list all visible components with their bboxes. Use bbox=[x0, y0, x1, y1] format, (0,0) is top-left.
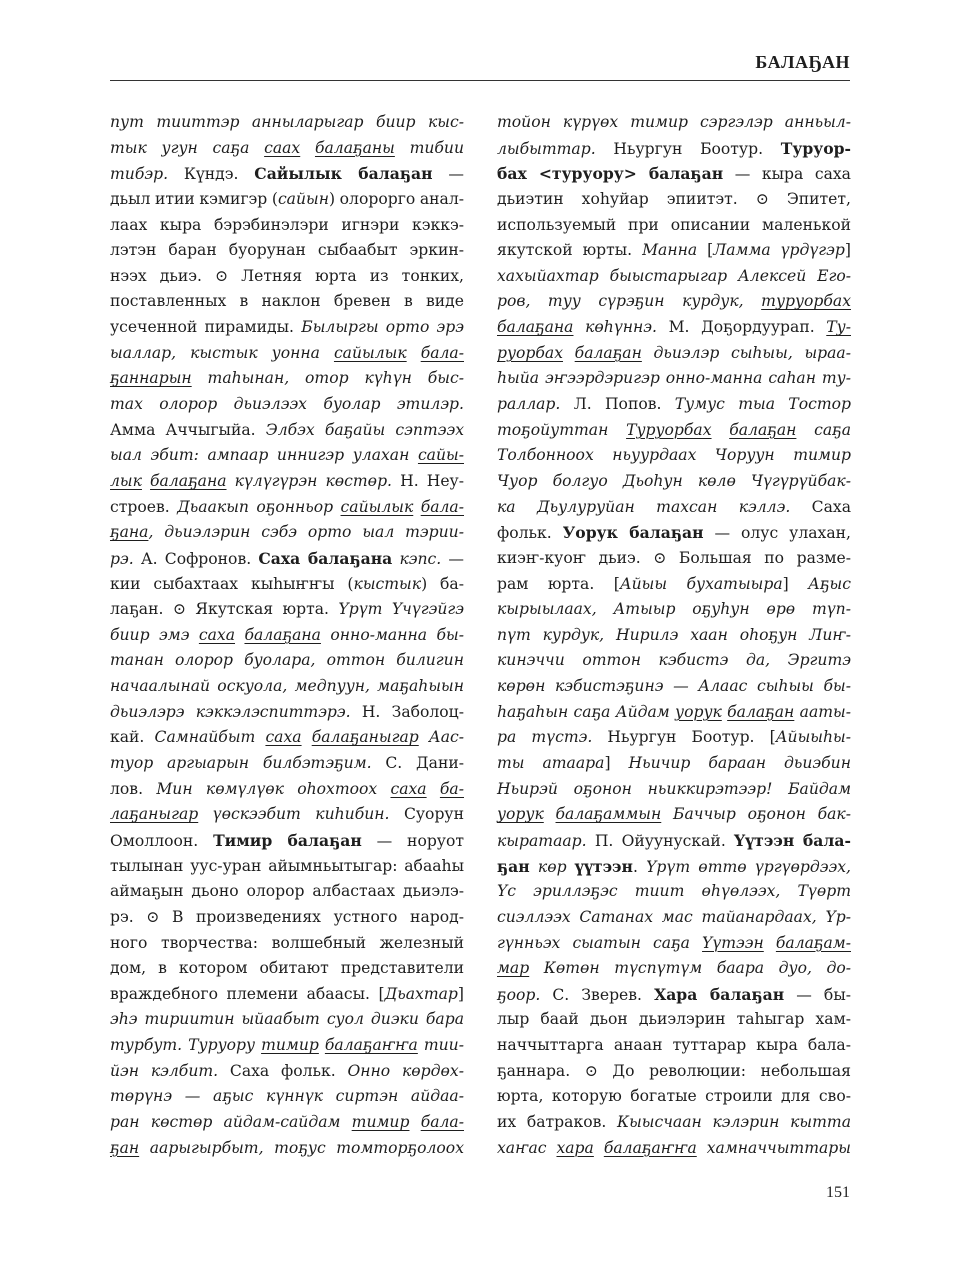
underlined-example-term: балаҕан bbox=[729, 421, 796, 439]
underlined-example-term: ба- bbox=[440, 780, 464, 798]
text-run: тах олорор дьиэлээх буолар этилэр. bbox=[110, 395, 464, 413]
text-line: дьиэлэрэ кэккэлэспиттэрэ. Н. Заболоц- bbox=[110, 700, 464, 726]
headword: бах <туруору> балаҕан bbox=[497, 164, 723, 183]
underlined-example-term: тимир bbox=[352, 1113, 410, 1131]
text-line: һыйа эҥээрдэригэр онно-манна саһан ту- bbox=[497, 366, 851, 392]
text-run: кии сыбахтаах кыһыҥҥы ( bbox=[110, 575, 354, 593]
text-run: усеченной пирамиды. bbox=[110, 318, 301, 336]
text-run: рэ. ⊙ В произведениях устного народ- bbox=[110, 908, 464, 926]
text-run: кэпс. bbox=[392, 550, 441, 568]
text-run: ран көстөр айдам-сайдам bbox=[110, 1113, 352, 1131]
underlined-example-term: хара bbox=[556, 1139, 593, 1157]
text-run: ] bbox=[845, 241, 851, 259]
text-run: Самнайбыт bbox=[155, 728, 266, 746]
text-line: кырыылаах, Атыыр оҕуһун өрө түп- bbox=[497, 597, 851, 623]
text-line: дом, в котором обитают представители bbox=[110, 956, 464, 982]
text-run bbox=[544, 805, 556, 823]
text-run: С. Зверев. bbox=[552, 986, 654, 1004]
text-line: рэ. ⊙ В произведениях устного народ- bbox=[110, 905, 464, 931]
text-run: көрөн кэбистэҕинэ — Алаас сыһыы бы- bbox=[497, 677, 851, 695]
underlined-example-term: балаҕан bbox=[575, 344, 642, 362]
text-run: ров, туу сүрэҕин курдук, bbox=[497, 292, 761, 310]
text-line: тойон күрүөх тимир сэргэлэр анньыл- bbox=[497, 110, 851, 136]
text-run: — норуот bbox=[362, 832, 464, 850]
headword: Хара балаҕан bbox=[654, 985, 784, 1004]
text-line: ра түстэ. Ньургун Боотур. [Айыыһы- bbox=[497, 725, 851, 751]
text-run: враждебного племени абаасы. [ bbox=[110, 985, 385, 1003]
text-run: тибэр. bbox=[110, 165, 184, 183]
text-run: йэн кэлбит. bbox=[110, 1062, 230, 1080]
text-run: лыр баай дьон дьиэлэрин таһыгар хам- bbox=[497, 1010, 851, 1028]
text-run: ] bbox=[604, 754, 628, 772]
text-line: начаалынай оскуола, медпуун, маҕаһыын bbox=[110, 674, 464, 700]
text-run: [ bbox=[697, 241, 713, 259]
text-run: А. Софронов. bbox=[141, 550, 259, 568]
text-run: үөскээбит киһибин. bbox=[198, 805, 404, 823]
text-run bbox=[302, 728, 312, 746]
text-line: рэ. А. Софронов. Саха балаҕана кэпс. — bbox=[110, 546, 464, 572]
text-line: кыратаар. П. Ойуунускай. Үүтээн бала- bbox=[497, 828, 851, 854]
text-run: лов. bbox=[110, 780, 156, 798]
text-run: , дьиэлэрин сэбэ орто ыал тэрии- bbox=[148, 523, 464, 541]
text-line: пүт курдук, Нирилэ хаан оһоҕун Лиҥ- bbox=[497, 623, 851, 649]
text-run: дом, в котором обитают представители bbox=[110, 959, 464, 977]
underlined-example-term: балаҕаҥҥа bbox=[604, 1139, 697, 1157]
text-line: лык балаҕана күлүгүрэн көстөр. Н. Неу- bbox=[110, 469, 464, 495]
text-line: төрүнэ — аҕыс күннүк сиртэн айдаа- bbox=[110, 1084, 464, 1110]
text-line: нээх дьиэ. ⊙ Летняя юрта из тонких, bbox=[110, 264, 464, 290]
text-run: Былыргы орто эрэ bbox=[301, 318, 464, 336]
text-run: аарыгырбыт, тоҕус томторҕолоох bbox=[139, 1139, 464, 1157]
text-line: уорук балаҕаммын Баччыр оҕонон бак- bbox=[497, 802, 851, 828]
text-run: ҕоор. bbox=[497, 986, 552, 1004]
text-run: танан олорор буолара, оттон билигин bbox=[110, 651, 464, 669]
text-run: сиэллээх Сатанах мас тайанардаах, Үр- bbox=[497, 908, 851, 926]
text-run: кай. bbox=[110, 728, 155, 746]
text-run: Айыыһы- bbox=[776, 728, 851, 746]
text-run: — bbox=[441, 550, 464, 568]
underlined-example-term: Ту- bbox=[826, 318, 851, 336]
text-line: Үс эриллэҕэс тиит өһүөлээх, Түөрт bbox=[497, 879, 851, 905]
text-run: Манна bbox=[642, 241, 697, 259]
text-run: Үс эриллэҕэс тиит өһүөлээх, Түөрт bbox=[497, 882, 851, 900]
text-line: лов. Мин көмүлүөк оһохтоох саха ба- bbox=[110, 777, 464, 803]
text-run: Күндэ. bbox=[184, 165, 254, 183]
text-run: Ньургун Боотур. bbox=[613, 140, 780, 158]
text-line: танан олорор буолара, оттон билигин bbox=[110, 648, 464, 674]
text-line: тах олорор дьиэлээх буолар этилэр. bbox=[110, 392, 464, 418]
underlined-example-term: балаҕаҥҥа bbox=[325, 1036, 418, 1054]
text-run: раллар. bbox=[497, 395, 574, 413]
header-rule bbox=[110, 80, 850, 81]
text-line: лаҕан. ⊙ Якутская юрта. Үрүт Үчүгэйгэ bbox=[110, 597, 464, 623]
text-run bbox=[764, 934, 776, 952]
text-run: ҕаннара. ⊙ До революции: небольшая bbox=[497, 1062, 851, 1080]
text-run bbox=[142, 472, 150, 490]
text-line: враждебного племени абаасы. [Дьахтар] bbox=[110, 982, 464, 1008]
text-run: ыаллар, кыстык уонна bbox=[110, 344, 334, 362]
text-line: ран көстөр айдам-сайдам тимир бала- bbox=[110, 1110, 464, 1136]
text-line: пут тииттэр анныларыгар биир кыс- bbox=[110, 110, 464, 136]
text-run: гүнньэх сыатын саҕа bbox=[497, 934, 702, 952]
text-run: кыратаар. bbox=[497, 832, 595, 850]
text-run: ааты- bbox=[794, 703, 851, 721]
text-run: таһынан, отор күһүн быс- bbox=[192, 369, 464, 387]
text-run: Ламма үрдүгэр bbox=[713, 241, 845, 259]
underlined-example-term: руорбах bbox=[497, 344, 563, 362]
text-line: руорбах балаҕан дьиэлэр сыһыы, ыраа- bbox=[497, 341, 851, 367]
text-line: ров, туу сүрэҕин курдук, туруорбах bbox=[497, 289, 851, 315]
text-line: Амма Аччыгыйа. Элбэх баҕайы сэптээх bbox=[110, 418, 464, 444]
underlined-example-term: балаҕам- bbox=[776, 934, 851, 952]
text-line: гүнньэх сыатын саҕа Үүтээн балаҕам- bbox=[497, 931, 851, 957]
text-line: раллар. Л. Попов. Тумус тыа Тостор bbox=[497, 392, 851, 418]
text-run: тии- bbox=[418, 1036, 464, 1054]
text-run: лаах кыра бэрэбинэлэри игнэри кэккэ- bbox=[110, 216, 464, 234]
text-run: Аҕыс bbox=[808, 575, 851, 593]
text-line: аймаҕын дьоно олорор албастаах дьиэлэ- bbox=[110, 879, 464, 905]
text-run: саҕа bbox=[796, 421, 851, 439]
text-run: ) ба- bbox=[421, 575, 464, 593]
text-run bbox=[300, 139, 315, 157]
text-run: эһэ тириитин ыйаабыт суол диэки бара bbox=[110, 1010, 464, 1028]
text-run: Омоллоон. bbox=[110, 832, 213, 850]
text-run bbox=[594, 1139, 604, 1157]
underlined-example-term: балаҕаны bbox=[315, 139, 395, 157]
text-run: Н. Неу- bbox=[400, 472, 464, 490]
text-line: эһэ тириитин ыйаабыт суол диэки бара bbox=[110, 1007, 464, 1033]
underlined-example-term: уорук bbox=[675, 703, 722, 721]
text-run: поставленных в наклон бревен в виде bbox=[110, 292, 464, 310]
text-line: тылынан уус-уран айымньытыгар: абааһы bbox=[110, 854, 464, 880]
underlined-example-term: ҕан bbox=[110, 1139, 139, 1157]
text-run: көр bbox=[530, 858, 575, 876]
text-run: — бы- bbox=[784, 986, 851, 1004]
text-run: Саха фольк. bbox=[230, 1062, 348, 1080]
headword: Уорук балаҕан bbox=[563, 523, 704, 542]
left-column: пут тииттэр анныларыгар биир кыс-тык угу… bbox=[110, 110, 464, 1161]
text-run: Ньургун Боотур. [ bbox=[607, 728, 775, 746]
text-run: наччыттарга анаан туттарар кыра бала- bbox=[497, 1036, 851, 1054]
text-run: ка Дьулуруйан тахсан кэллэ. bbox=[497, 498, 812, 516]
text-line: турбут. Туруору тимир балаҕаҥҥа тии- bbox=[110, 1033, 464, 1059]
underlined-example-term: Туруорбах bbox=[626, 421, 711, 439]
text-run bbox=[563, 344, 575, 362]
text-line: лаах кыра бэрэбинэлэри игнэри кэккэ- bbox=[110, 213, 464, 239]
underlined-example-term: бала- bbox=[421, 344, 464, 362]
text-run: һаҕаһын саҕа Айдам bbox=[497, 703, 675, 721]
underlined-example-term: ҕаннарын bbox=[110, 369, 192, 387]
text-line: ҕан аарыгырбыт, тоҕус томторҕолоох bbox=[110, 1136, 464, 1162]
text-run: Чуор болгуо Дьоһун көлө Чүгүрүйбак- bbox=[497, 472, 851, 490]
text-run: М. Доҕордуурап. bbox=[669, 318, 827, 336]
text-run: фольк. bbox=[497, 524, 563, 542]
underlined-example-term: балаҕана bbox=[150, 472, 226, 490]
text-run: күлүгүрэн көстөр. bbox=[227, 472, 401, 490]
underlined-example-term: ҕана bbox=[110, 523, 148, 541]
text-line: лэтэн баран буорунан сыбаабыт эркин- bbox=[110, 238, 464, 264]
text-line: якутской юрты. Манна [Ламма үрдүгэр] bbox=[497, 238, 851, 264]
text-line: Толбонноох ньуурдаах Чоруун тимир bbox=[497, 443, 851, 469]
underlined-example-term: саха bbox=[265, 728, 301, 746]
text-run: Дьахтар bbox=[385, 985, 458, 1003]
underlined-example-term: балаҕана bbox=[244, 626, 320, 644]
text-line: Омоллоон. Тимир балаҕан — норуот bbox=[110, 828, 464, 854]
text-run bbox=[407, 344, 421, 362]
text-line: строев. Дьаакып оҕонньор сайылык бала- bbox=[110, 495, 464, 521]
underlined-example-term: сайылык bbox=[334, 344, 407, 362]
text-run bbox=[427, 780, 440, 798]
text-run: Үрүт Үчүгэйгэ bbox=[338, 600, 464, 618]
text-run: ] bbox=[783, 575, 809, 593]
text-run: строев. bbox=[110, 498, 177, 516]
text-run: юрта, которую богатые строили для сво- bbox=[497, 1087, 851, 1105]
text-run: Баччыр оҕонон бак- bbox=[661, 805, 851, 823]
text-run: — bbox=[433, 165, 464, 183]
text-line: юрта, которую богатые строили для сво- bbox=[497, 1084, 851, 1110]
text-run: тоҕойуттан bbox=[497, 421, 626, 439]
underlined-example-term: тимир bbox=[261, 1036, 319, 1054]
underlined-example-term: мар bbox=[497, 959, 529, 977]
text-line: ҕоор. С. Зверев. Хара балаҕан — бы- bbox=[497, 982, 851, 1008]
text-run: Суорун bbox=[404, 805, 464, 823]
text-run: хаҥас bbox=[497, 1139, 556, 1157]
text-line: их батраков. Кыысчаан кэлэрин кытта bbox=[497, 1110, 851, 1136]
text-run: тибии bbox=[395, 139, 464, 157]
underlined-example-term: туруорбах bbox=[761, 292, 851, 310]
text-run: С. Дани- bbox=[385, 754, 464, 772]
running-head: БАЛАҔАН bbox=[110, 52, 850, 73]
text-run: кинэччи оттон кэбистэ да, Эргитэ bbox=[497, 651, 851, 669]
text-run: Элбэх баҕайы сэптээх bbox=[266, 421, 464, 439]
text-line: кии сыбахтаах кыһыҥҥы (кыстык) ба- bbox=[110, 572, 464, 598]
text-line: киэҥ-куоҥ дьиэ. ⊙ Большая по разме- bbox=[497, 546, 851, 572]
text-run: хахыйахтар быыстарыгар Алексей Его- bbox=[497, 267, 851, 285]
text-run: ра түстэ. bbox=[497, 728, 607, 746]
text-run: начаалынай оскуола, медпуун, маҕаһыын bbox=[110, 677, 464, 695]
text-run: дьиэлэр сыһыы, ыраа- bbox=[642, 344, 851, 362]
text-line: биир эмэ саха балаҕана онно-манна бы- bbox=[110, 623, 464, 649]
text-run: ] bbox=[458, 985, 464, 1003]
text-run: Үрүт өттө үргүөрдээх, bbox=[646, 858, 851, 876]
text-run: ) олорорго анал- bbox=[329, 190, 464, 208]
text-line: Чуор болгуо Дьоһун көлө Чүгүрүйбак- bbox=[497, 469, 851, 495]
text-line: используемый при описании маленькой bbox=[497, 213, 851, 239]
underlined-example-term: саха bbox=[199, 626, 235, 644]
text-run: пүт курдук, Нирилэ хаан оһоҕун Лиҥ- bbox=[497, 626, 851, 644]
text-line: дьыл итии кэмигэр (сайын) олорорго анал- bbox=[110, 187, 464, 213]
right-column: тойон күрүөх тимир сэргэлэр анньыл-лыбыт… bbox=[497, 110, 851, 1161]
text-run: Л. Попов. bbox=[574, 395, 675, 413]
text-line: кинэччи оттон кэбистэ да, Эргитэ bbox=[497, 648, 851, 674]
text-run: ыал эбит: ампаар иннигэр улахан bbox=[110, 446, 418, 464]
text-line: ҕаннара. ⊙ До революции: небольшая bbox=[497, 1059, 851, 1085]
text-run: Саха bbox=[812, 498, 851, 516]
underlined-example-term: Үүтээн bbox=[702, 934, 764, 952]
text-run: пут тииттэр анныларыгар биир кыс- bbox=[110, 113, 464, 131]
text-run bbox=[413, 498, 420, 516]
underlined-example-term: балаҕан bbox=[727, 703, 794, 721]
text-line: һаҕаһын саҕа Айдам уорук балаҕан ааты- bbox=[497, 700, 851, 726]
text-run: дьиэтин хоһуйар эпиитэт. ⊙ Эпитет, bbox=[497, 190, 851, 208]
underlined-example-term: саах bbox=[264, 139, 300, 157]
text-line: ного творчества: волшебный железный bbox=[110, 931, 464, 957]
text-run: һыйа эҥээрдэригэр онно-манна саһан ту- bbox=[497, 369, 851, 387]
text-line: хаҥас хара балаҕаҥҥа хамначчыттары bbox=[497, 1136, 851, 1162]
text-run: көһүннэ. bbox=[573, 318, 668, 336]
headword: үүтээн bbox=[575, 857, 633, 876]
text-run: кыстык bbox=[354, 575, 422, 593]
text-line: хахыйахтар быыстарыгар Алексей Его- bbox=[497, 264, 851, 290]
text-line: тибэр. Күндэ. Сайылык балаҕан — bbox=[110, 161, 464, 187]
headword: Үүтээн бала- bbox=[734, 831, 851, 850]
text-line: йэн кэлбит. Саха фольк. Онно көрдөх- bbox=[110, 1059, 464, 1085]
text-line: усеченной пирамиды. Былыргы орто эрэ bbox=[110, 315, 464, 341]
text-run: Ньирэй оҕонон ньиккирэтээр! Байдам bbox=[497, 780, 851, 798]
text-line: ка Дьулуруйан тахсан кэллэ. Саха bbox=[497, 495, 851, 521]
text-line: тоҕойуттан Туруорбах балаҕан саҕа bbox=[497, 418, 851, 444]
text-run: биир эмэ bbox=[110, 626, 199, 644]
text-line: балаҕана көһүннэ. М. Доҕордуурап. Ту- bbox=[497, 315, 851, 341]
text-run: сайын bbox=[278, 190, 329, 208]
text-run: . bbox=[633, 858, 646, 876]
text-run: төрүнэ — аҕыс күннүк сиртэн айдаа- bbox=[110, 1087, 464, 1105]
text-line: ыал эбит: ампаар иннигэр улахан сайы- bbox=[110, 443, 464, 469]
text-line: көрөн кэбистэҕинэ — Алаас сыһыы бы- bbox=[497, 674, 851, 700]
text-run: лаҕан. ⊙ Якутская юрта. bbox=[110, 600, 338, 618]
text-line: ҕан көр үүтээн. Үрүт өттө үргүөрдээх, bbox=[497, 854, 851, 880]
text-run: лыбыттар. bbox=[497, 140, 613, 158]
text-run: Мин көмүлүөк оһохтоох bbox=[156, 780, 390, 798]
underlined-example-term: сайы- bbox=[418, 446, 464, 464]
text-run: Толбонноох ньуурдаах Чоруун тимир bbox=[497, 446, 851, 464]
text-line: дьиэтин хоһуйар эпиитэт. ⊙ Эпитет, bbox=[497, 187, 851, 213]
headword: Туруор- bbox=[781, 139, 851, 158]
text-run: онно-манна бы- bbox=[321, 626, 464, 644]
text-run: хамначчыттары bbox=[697, 1139, 851, 1157]
text-line: Ньирэй оҕонон ньиккирэтээр! Байдам bbox=[497, 777, 851, 803]
headword: Сайылык балаҕан bbox=[254, 164, 432, 183]
text-run: Онно көрдөх- bbox=[347, 1062, 464, 1080]
text-line: тык угун саҕа саах балаҕаны тибии bbox=[110, 136, 464, 162]
text-run: Аас- bbox=[419, 728, 464, 746]
text-run: используемый при описании маленькой bbox=[497, 216, 851, 234]
text-run: Н. Заболоц- bbox=[362, 703, 464, 721]
headword: ҕан bbox=[497, 857, 530, 876]
text-line: ҕаннарын таһынан, отор күһүн быс- bbox=[110, 366, 464, 392]
text-line: лаҕаныгар үөскээбит киһибин. Суорун bbox=[110, 802, 464, 828]
text-run: дьиэлэрэ кэккэлэспиттэрэ. bbox=[110, 703, 362, 721]
underlined-example-term: лаҕаныгар bbox=[110, 805, 198, 823]
text-line: бах <туруору> балаҕан — кыра саха bbox=[497, 161, 851, 187]
underlined-example-term: бала- bbox=[421, 498, 464, 516]
text-run: Көтөн түспүтүм баара дуо, до- bbox=[529, 959, 851, 977]
underlined-example-term: саха bbox=[390, 780, 426, 798]
text-line: поставленных в наклон бревен в виде bbox=[110, 289, 464, 315]
text-run: тылынан уус-уран айымньытыгар: абааһы bbox=[110, 857, 464, 875]
text-line: мар Көтөн түспүтүм баара дуо, до- bbox=[497, 956, 851, 982]
text-run: П. Ойуунускай. bbox=[595, 832, 734, 850]
text-run: туор аргыарын билбэтэҕим. bbox=[110, 754, 385, 772]
text-line: лыбыттар. Ньургун Боотур. Туруор- bbox=[497, 136, 851, 162]
text-line: фольк. Уорук балаҕан — олус улахан, bbox=[497, 520, 851, 546]
text-line: ҕана, дьиэлэрин сэбэ орто ыал тэрии- bbox=[110, 520, 464, 546]
text-line: ыаллар, кыстык уонна сайылык бала- bbox=[110, 341, 464, 367]
text-line: лыр баай дьон дьиэлэрин таһыгар хам- bbox=[497, 1007, 851, 1033]
text-line: сиэллээх Сатанах мас тайанардаах, Үр- bbox=[497, 905, 851, 931]
text-run: их батраков. bbox=[497, 1113, 617, 1131]
text-line: наччыттарга анаан туттарар кыра бала- bbox=[497, 1033, 851, 1059]
headword: Тимир балаҕан bbox=[213, 831, 362, 850]
text-run: нээх дьиэ. ⊙ Летняя юрта из тонких, bbox=[110, 267, 464, 285]
text-run: тойон күрүөх тимир сэргэлэр анньыл- bbox=[497, 113, 851, 131]
text-run: киэҥ-куоҥ дьиэ. ⊙ Большая по разме- bbox=[497, 549, 851, 567]
text-run: — кыра саха bbox=[723, 165, 851, 183]
underlined-example-term: сайылык bbox=[341, 498, 414, 516]
text-run: турбут. Туруору bbox=[110, 1036, 261, 1054]
underlined-example-term: бала- bbox=[421, 1113, 464, 1131]
underlined-example-term: лык bbox=[110, 472, 142, 490]
text-run: рэ. bbox=[110, 550, 141, 568]
text-run: тык угун саҕа bbox=[110, 139, 264, 157]
text-run: — олус улахан, bbox=[704, 524, 851, 542]
text-run bbox=[712, 421, 730, 439]
text-run: Тумус тыа Тостор bbox=[675, 395, 851, 413]
text-run: якутской юрты. bbox=[497, 241, 642, 259]
text-run: ного творчества: волшебный железный bbox=[110, 934, 464, 952]
text-line: кай. Самнайбыт саха балаҕаныгар Аас- bbox=[110, 725, 464, 751]
underlined-example-term: балаҕаммын bbox=[556, 805, 662, 823]
page-number: 151 bbox=[780, 1184, 850, 1202]
text-run: ты атаара bbox=[497, 754, 604, 772]
text-run: аймаҕын дьоно олорор албастаах дьиэлэ- bbox=[110, 882, 464, 900]
text-run: лэтэн баран буорунан сыбаабыт эркин- bbox=[110, 241, 464, 259]
text-run: рам юрта. [ bbox=[497, 575, 620, 593]
text-line: рам юрта. [Айыы бухатыыра] Аҕыс bbox=[497, 572, 851, 598]
underlined-example-term: балаҕаныгар bbox=[312, 728, 419, 746]
underlined-example-term: уорук bbox=[497, 805, 544, 823]
underlined-example-term: балаҕана bbox=[497, 318, 573, 336]
text-run: Амма Аччыгыйа. bbox=[110, 421, 266, 439]
text-line: ты атаара] Ньичир бараан дьиэбин bbox=[497, 751, 851, 777]
text-run: Айыы бухатыыра bbox=[620, 575, 783, 593]
text-line: туор аргыарын билбэтэҕим. С. Дани- bbox=[110, 751, 464, 777]
text-run bbox=[409, 1113, 420, 1131]
headword: Саха балаҕана bbox=[258, 549, 392, 568]
text-run: Дьаакып оҕонньор bbox=[177, 498, 340, 516]
text-run: кырыылаах, Атыыр оҕуһун өрө түп- bbox=[497, 600, 851, 618]
text-run: Ньичир бараан дьиэбин bbox=[629, 754, 851, 772]
text-run: дьыл итии кэмигэр ( bbox=[110, 190, 278, 208]
text-run: Кыысчаан кэлэрин кытта bbox=[617, 1113, 851, 1131]
